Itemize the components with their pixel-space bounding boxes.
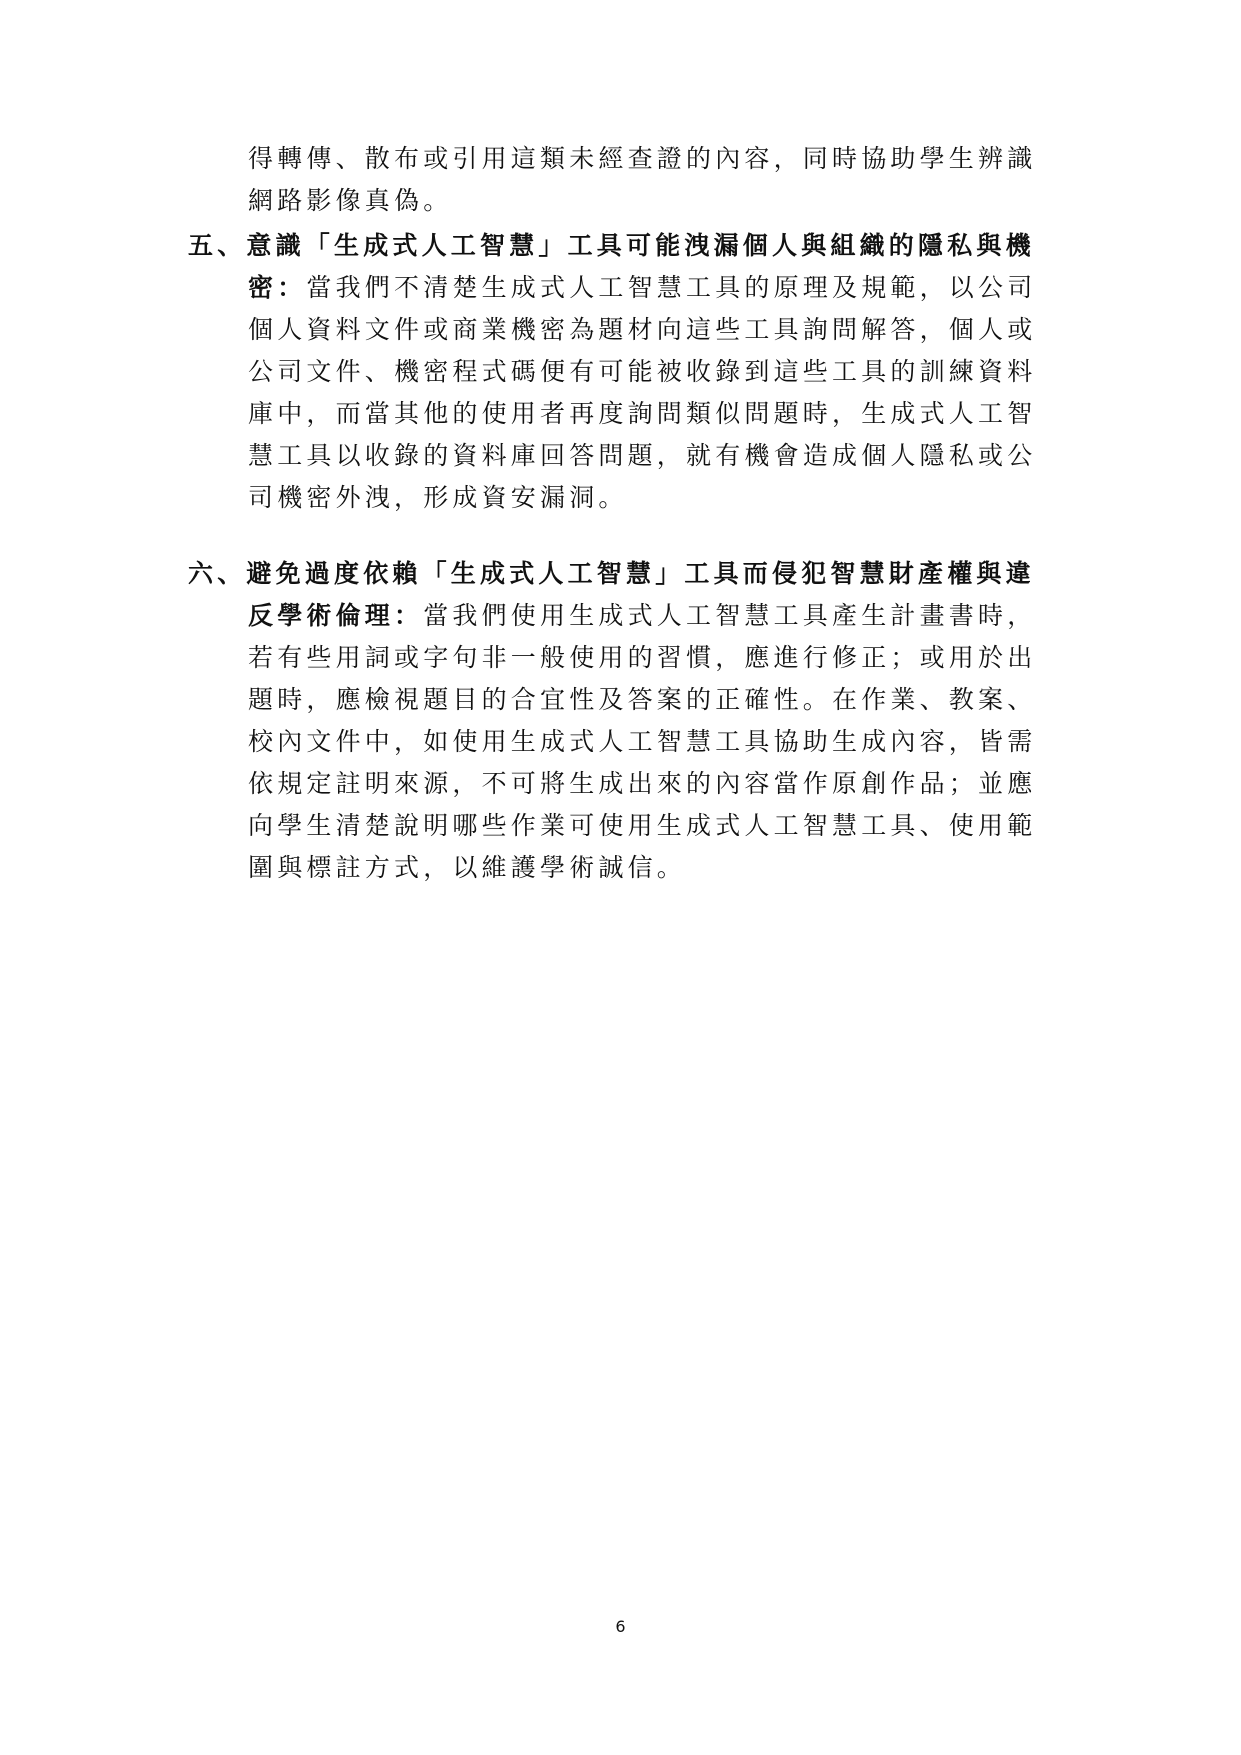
section-title-continued: 密：: [248, 273, 306, 302]
section-body-line: 若有些用詞或字句非一般使用的習慣，應進行修正；或用於出: [248, 641, 1036, 675]
section-body-line: 個人資料文件或商業機密為題材向這些工具詢問解答，個人或: [248, 313, 1036, 347]
document-page: 得轉傳、散布或引用這類未經查證的內容，同時協助學生辨識 網路影像真偽。 五、意識…: [0, 0, 1241, 1755]
section-body-line: 反學術倫理：當我們使用生成式人工智慧工具產生計畫書時，: [248, 599, 1036, 633]
section-body-line: 慧工具以收錄的資料庫回答問題，就有機會造成個人隱私或公: [248, 439, 1036, 473]
section-title-continued: 反學術倫理：: [248, 601, 423, 630]
section-number: 六、: [188, 559, 246, 588]
section-body-line: 校內文件中，如使用生成式人工智慧工具協助生成內容，皆需: [248, 725, 1036, 759]
section-body-line: 題時，應檢視題目的合宜性及答案的正確性。在作業、教案、: [248, 683, 1036, 717]
section-body-text: 當我們使用生成式人工智慧工具產生計畫書時，: [423, 601, 1036, 630]
section-body-line: 公司文件、機密程式碼便有可能被收錄到這些工具的訓練資料: [248, 355, 1036, 389]
section-body-line: 庫中，而當其他的使用者再度詢問類似問題時，生成式人工智: [248, 397, 1036, 431]
section-heading: 五、意識「生成式人工智慧」工具可能洩漏個人與組織的隱私與機: [188, 229, 1035, 263]
section-body-line: 密：當我們不清楚生成式人工智慧工具的原理及規範，以公司: [248, 271, 1036, 305]
page-number: 6: [0, 1617, 1241, 1636]
section-body-line: 向學生清楚說明哪些作業可使用生成式人工智慧工具、使用範: [248, 809, 1036, 843]
section-heading: 六、避免過度依賴「生成式人工智慧」工具而侵犯智慧財產權與違: [188, 557, 1035, 591]
section-number: 五、: [188, 231, 246, 260]
section-body-line: 依規定註明來源，不可將生成出來的內容當作原創作品；並應: [248, 767, 1036, 801]
section-body-text: 當我們不清楚生成式人工智慧工具的原理及規範，以公司: [306, 273, 1036, 302]
section-body-line: 司機密外洩，形成資安漏洞。: [248, 481, 628, 515]
section-body-line: 圍與標註方式，以維護學術誠信。: [248, 851, 686, 885]
section-title: 避免過度依賴「生成式人工智慧」工具而侵犯智慧財產權與違: [246, 559, 1034, 588]
section-title: 意識「生成式人工智慧」工具可能洩漏個人與組織的隱私與機: [246, 231, 1034, 260]
continuation-line: 得轉傳、散布或引用這類未經查證的內容，同時協助學生辨識: [248, 142, 1036, 176]
continuation-line: 網路影像真偽。: [248, 184, 452, 218]
